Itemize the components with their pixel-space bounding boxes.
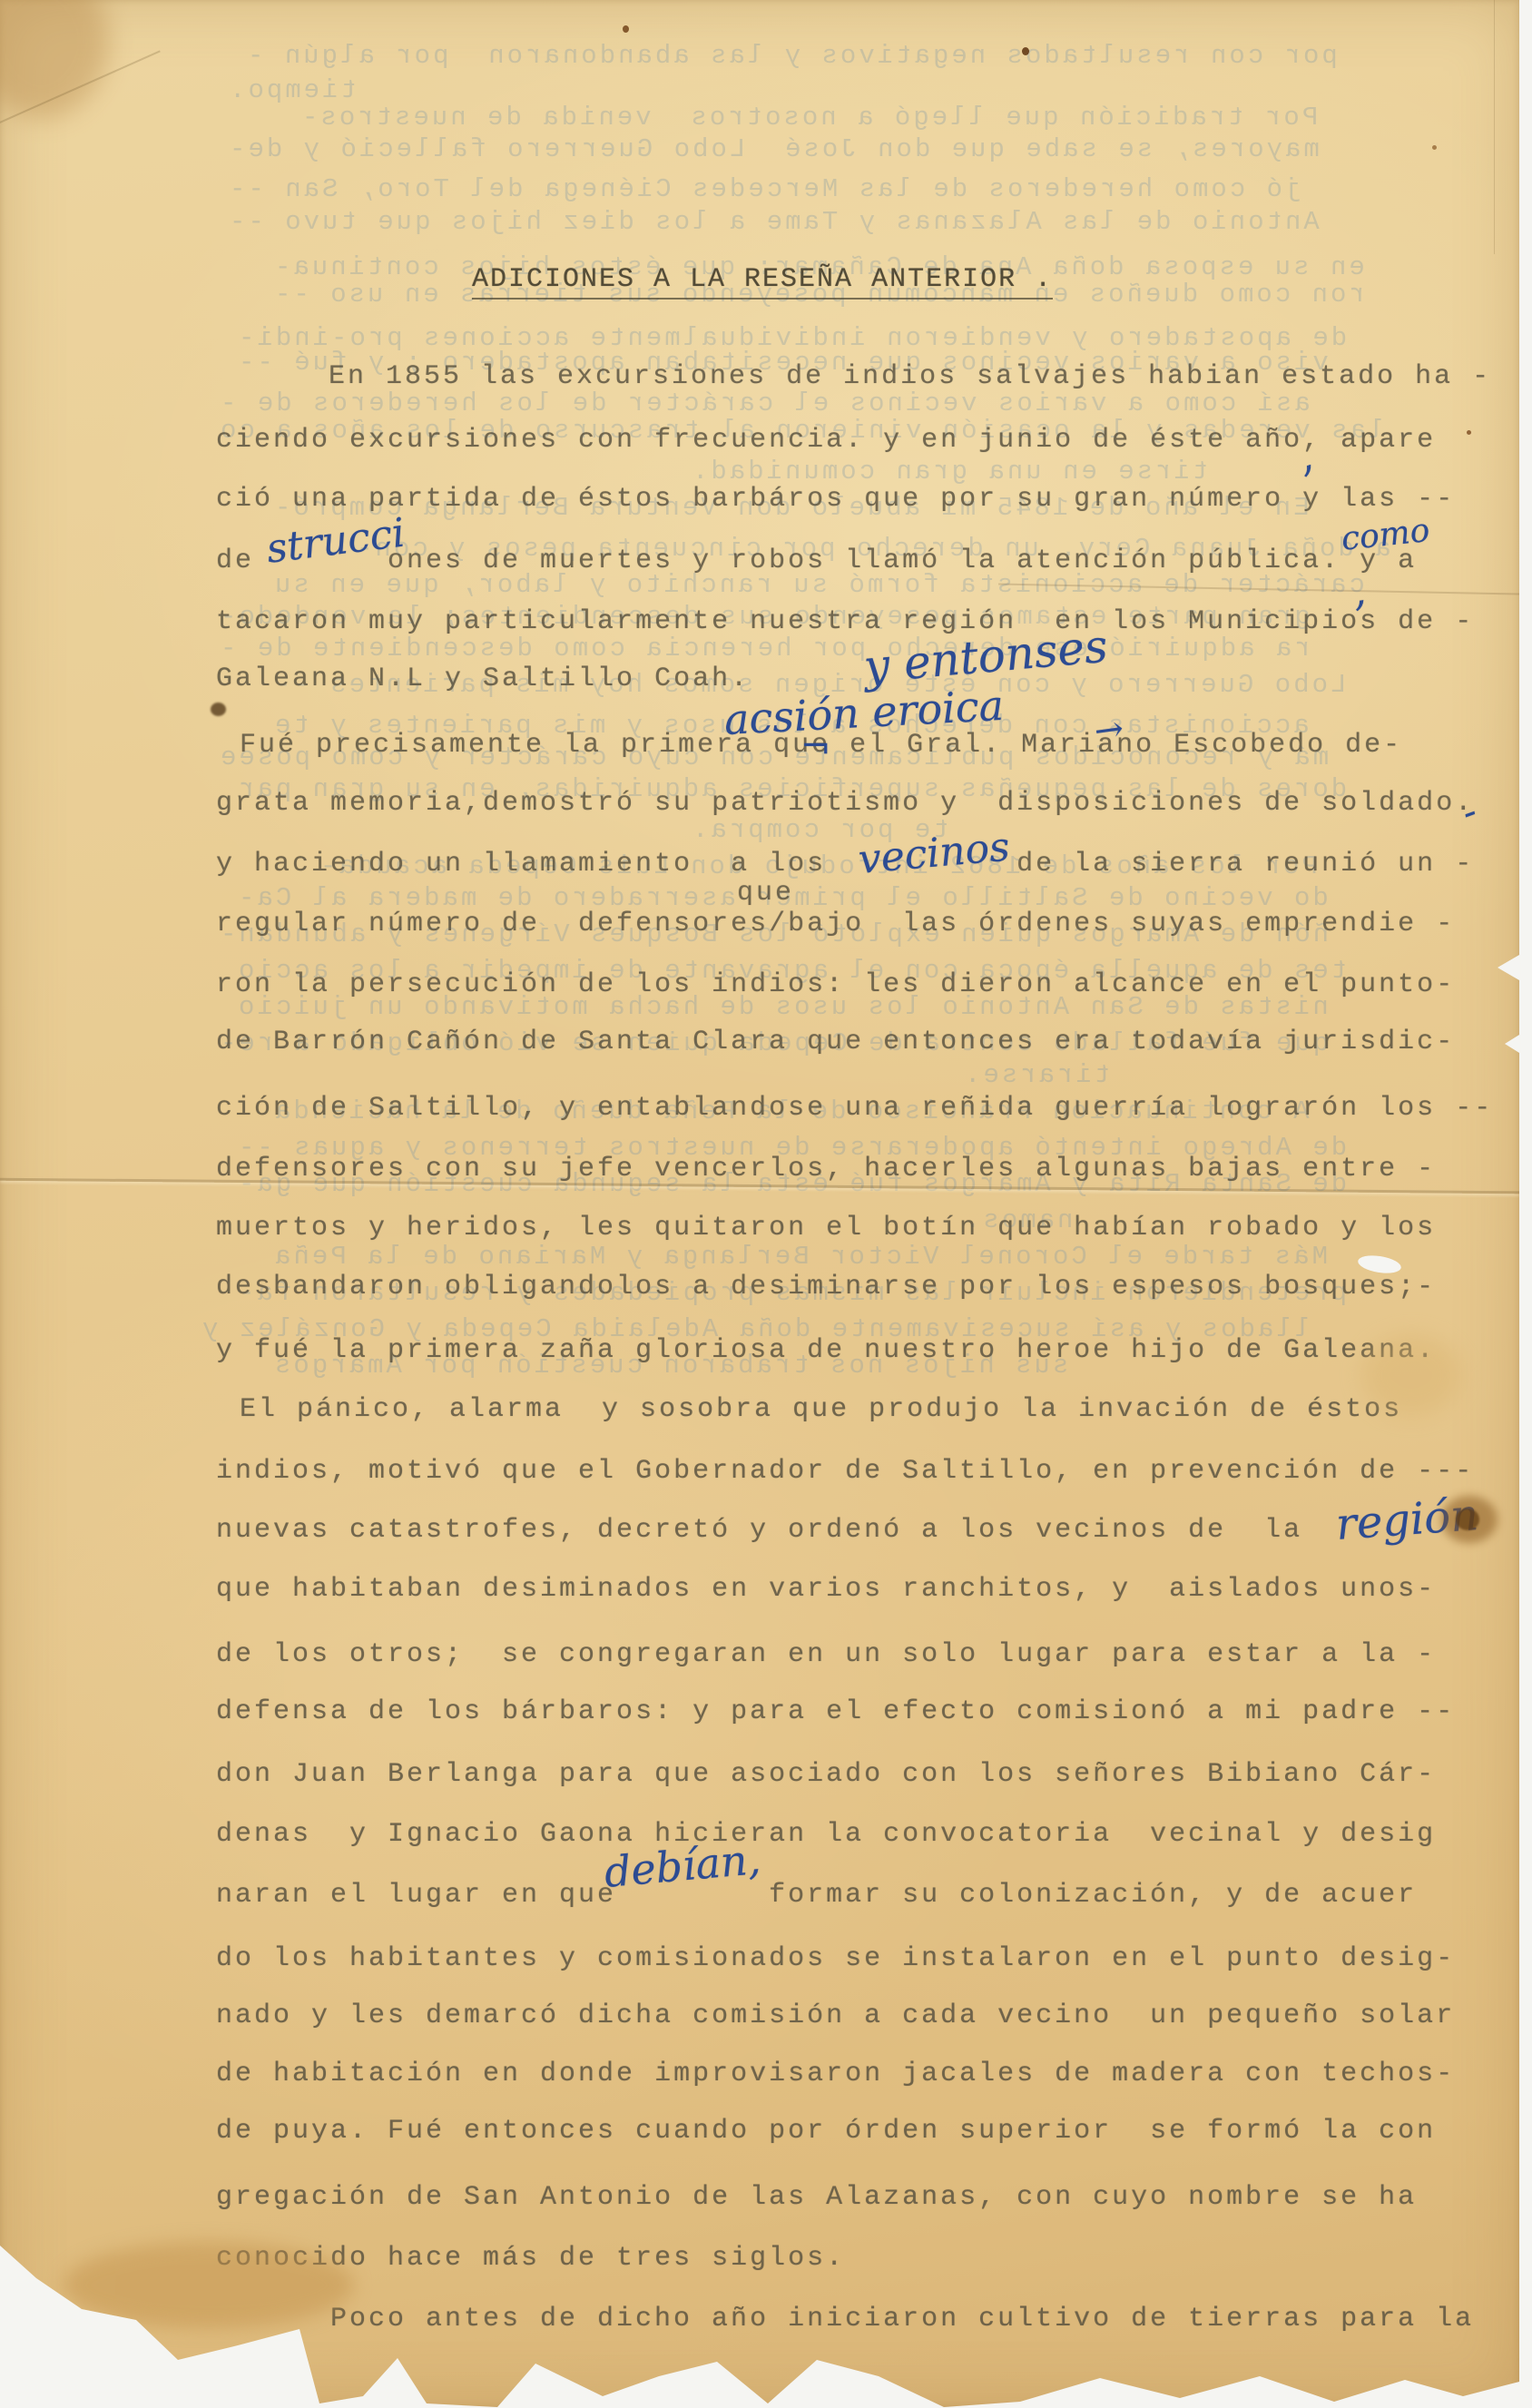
typed-line: tacaron muy particularmente nuestra regi…: [216, 606, 1474, 637]
typed-line: indios, motivó que el Gobernador de Salt…: [216, 1456, 1474, 1487]
ink-blot: [211, 703, 226, 716]
typed-line: ciendo excursiones con frecuencia. y en …: [216, 425, 1436, 456]
typed-line: de puya. Fué entonces cuando por órden s…: [216, 2116, 1436, 2147]
bleedthrough-line: Antonio de las Alazanas y Tame a los die…: [227, 207, 1320, 237]
scanned-document: por con resultados negativos y las aband…: [0, 0, 1532, 2408]
bleedthrough-line: mayores, se sabe que don José Lobo Guerr…: [227, 134, 1320, 164]
typed-line: regular número de defensores/bajo las ór…: [216, 909, 1455, 939]
typed-line: de Barrón Cañón de Santa Clara que enton…: [216, 1027, 1455, 1057]
typed-line: En 1855 las excursiones de indios salvaj…: [329, 361, 1491, 392]
bleedthrough-line: ra adquirió ese derecho por herencia com…: [218, 634, 1311, 663]
bleedthrough-line: tiempo.: [227, 75, 357, 105]
edge-crease: [1494, 0, 1495, 254]
fox-spot: [1432, 145, 1437, 150]
typed-line: muertos y heridos, les quitaron el botín…: [216, 1213, 1436, 1243]
fox-spot: [1467, 430, 1471, 435]
bleedthrough-line: tirarse.: [962, 1060, 1110, 1090]
typed-line: nado y les demarcó dicha comisión a cada…: [216, 2000, 1455, 2031]
typed-line: nuevas catastrofes, decretó y ordenó a l…: [216, 1515, 1302, 1546]
typed-line: gregación de San Antonio de las Alazanas…: [216, 2182, 1417, 2213]
typed-line: don Juan Berlanga para que asociado con …: [216, 1759, 1436, 1790]
typed-line: y fué la primera zaña gloriosa de nuestr…: [216, 1335, 1436, 1366]
typed-line: de habitación en donde improvisaron jaca…: [216, 2059, 1455, 2089]
typed-line: defensa de los bárbaros: y para el efect…: [216, 1696, 1455, 1727]
typed-line: denas y Ignacio Gaona hicieran la convoc…: [216, 1819, 1436, 1850]
typed-line: ción de Saltillo, y entablandose una reñ…: [216, 1093, 1493, 1124]
handwritten-annotation: región: [1334, 1489, 1480, 1550]
typed-line: naran el lugar en que formar su coloniza…: [216, 1880, 1417, 1911]
typed-line: conocido hace más de tres siglos.: [216, 2243, 845, 2274]
typed-line: desbandaron obligandolos a desiminarse p…: [216, 1272, 1436, 1302]
bleedthrough-line: por con resultados negativos y las aband…: [245, 41, 1338, 71]
document-title: ADICIONES A LA RESEÑA ANTERIOR .: [472, 264, 1053, 300]
handwritten-annotation: como: [1340, 512, 1431, 558]
typed-line: do los habitantes y comisionados se inst…: [216, 1943, 1455, 1974]
typed-line: que: [737, 878, 794, 909]
bleedthrough-line: así como a varios vecinos el carácter de…: [218, 388, 1311, 418]
corner-stain: [0, 0, 109, 118]
paper-sheet: por con resultados negativos y las aband…: [0, 0, 1519, 2408]
typed-line: que habitaban desiminados en varios ranc…: [216, 1574, 1436, 1605]
typed-line: defensores con su jefe vencerlos, hacerl…: [216, 1154, 1436, 1184]
typed-line: Galeana N.L y Saltillo Coah.: [216, 663, 750, 694]
typed-line: y haciendo un llamamiento a los de la si…: [216, 849, 1474, 880]
bleedthrough-line: Por tradición que llegó a nosotros venid…: [300, 103, 1318, 133]
corner-crease: [0, 50, 161, 125]
fox-spot: [623, 25, 629, 33]
bleedthrough-line: tirse en una gran comunidad.: [690, 457, 1208, 487]
bleedthrough-line: jó como herederos de las Mercedes Ciéneg…: [227, 174, 1301, 204]
bleedthrough-line: Más tarde el Coronel Victor Berlanga y M…: [272, 1242, 1328, 1272]
typed-line: El pánico, alarma y sosobra que produjo …: [240, 1394, 1402, 1425]
handwritten-annotation: →: [1092, 708, 1126, 752]
handwritten-annotation: ¬: [800, 726, 831, 768]
typed-line: grata memoria,demostró su patriotismo y …: [216, 788, 1474, 819]
typed-line: Poco antes de dicho año iniciaron cultiv…: [330, 2304, 1474, 2334]
typed-line: de los otros; se congregaran en un solo …: [216, 1639, 1436, 1670]
typed-line: ron la persecución de los indios: les di…: [216, 969, 1455, 1000]
